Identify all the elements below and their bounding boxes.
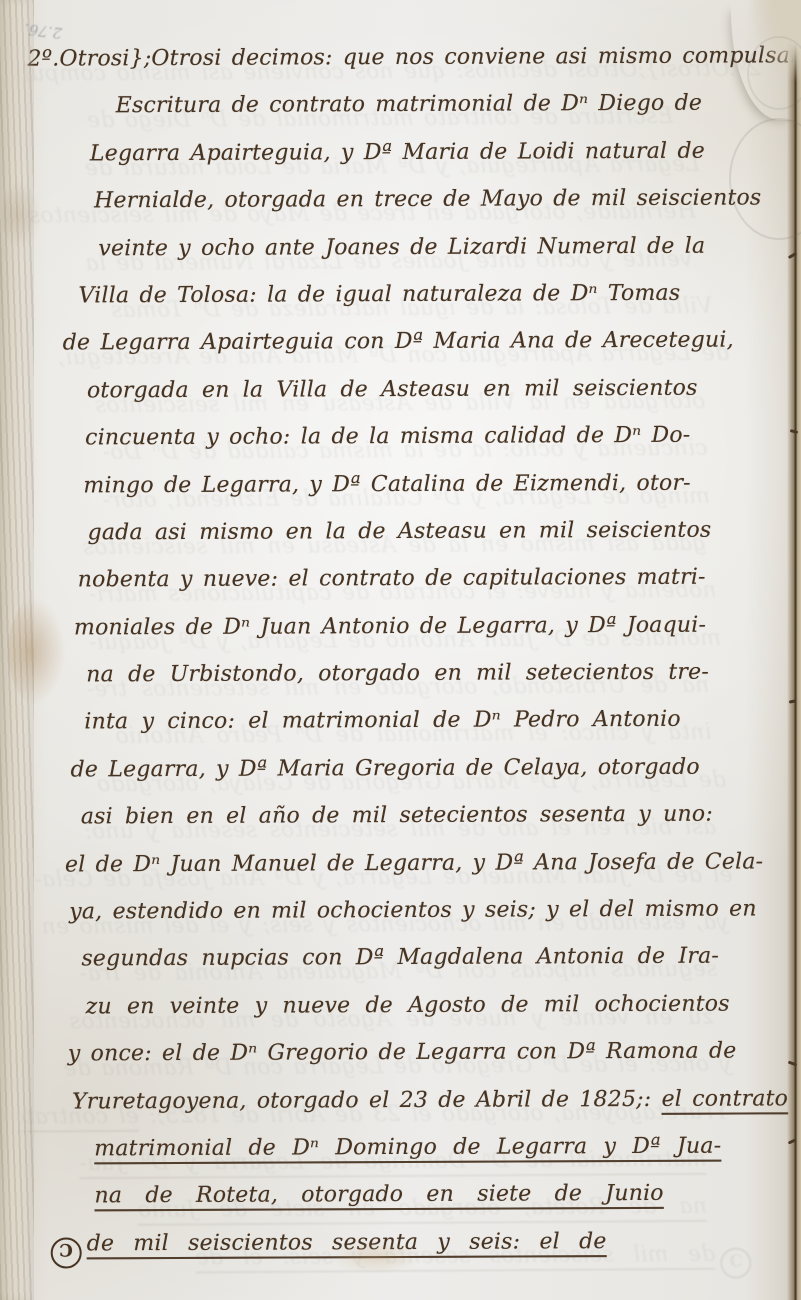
manuscript-line: asi bien en el año de mil setecientos se… [81,791,801,842]
manuscript-line: Legarra Apairteguia, y Dª Maria de Loidi… [90,127,799,177]
manuscript-text: 2º.Otrosi};Otrosi decimos: que nos convi… [0,0,801,1268]
manuscript-line: segundas nupcias con Dª Magdalena Antoni… [81,933,801,984]
manuscript-line: mingo de Legarra, y Dª Catalina de Eizme… [83,459,800,510]
manuscript-line: Hernialde, otorgada en trece de Mayo de … [94,174,799,224]
manuscript-line: matrimonial de Dⁿ Domingo de Legarra y D… [94,1122,801,1172]
manuscript-line: na de Urbistondo, otorgado en mil seteci… [86,648,801,699]
manuscript-line: Villa de Tolosa: la de igual naturaleza … [78,269,799,320]
manuscript-line: inta y cinco: el matrimonial de Dⁿ Pedro… [84,696,801,747]
manuscript-line: veinte y ocho ante Joanes de Lizardi Num… [98,222,799,272]
manuscript-line: cincuenta y ocho: la de la misma calidad… [85,411,800,462]
manuscript-line: y once: el de Dⁿ Gregorio de Legarra con… [68,1027,801,1078]
manuscript-line: de Legarra, y Dª Maria Gregoria de Celay… [70,743,801,794]
manuscript-line: moniales de Dⁿ Juan Antonio de Legarra, … [74,601,801,652]
manuscript-line: Escritura de contrato matrimonial de Dⁿ … [116,80,799,130]
manuscript-line: de Legarra Apairteguia con Dª Maria Ana … [63,317,800,368]
manuscript-line: el de Dⁿ Juan Manuel de Legarra, y Dª An… [65,838,801,889]
manuscript-line: Yruretagoyena, otorgado el 23 de Abril d… [72,1075,801,1126]
manuscript-line: Ɔde mil seiscientos sesenta y seis: el d… [51,1217,801,1268]
manuscript-line: zu en veinte y nueve de Agosto de mil oc… [86,980,801,1031]
manuscript-line: nobenta y nueve: el contrato de capitula… [78,554,801,605]
paper-deckle-edge [0,0,34,1300]
manuscript-line: otorgada en la Villa de Asteasu en mil s… [87,364,800,415]
manuscript-line: na de Roteta, otorgado en siete de Junio [94,1170,801,1220]
manuscript-line: gada asi mismo en la de Asteasu en mil s… [87,506,800,557]
manuscript-page: 2º.Otrosi};Otrosi decimos: que nos convi… [0,0,801,1300]
manuscript-line: 2º.Otrosi};Otrosi decimos: que nos convi… [27,32,798,83]
manuscript-line: ya, estendido en mil ochocientos y seis;… [69,885,801,936]
paragraph-mark-icon: Ɔ [51,1237,82,1268]
